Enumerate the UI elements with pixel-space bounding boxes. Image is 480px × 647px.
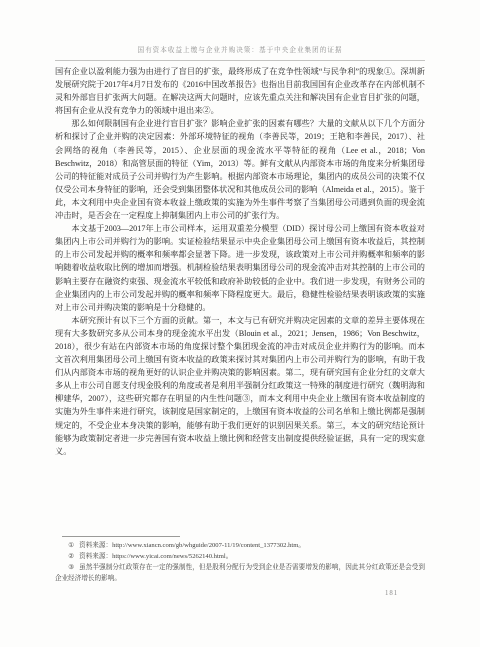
footnote: ②资料来源：https://www.yicai.com/news/5262140… xyxy=(55,551,425,562)
page-number: 181 xyxy=(385,590,398,597)
paragraph: 那么如何限制国有企业进行盲目扩张？影响企业扩张的因素有哪些？大量的文献从以下几个… xyxy=(55,117,425,222)
footnote: ①资料来源：http://www.xiancn.com/gb/whguide/2… xyxy=(55,540,425,551)
footnote: ③虽然半强制分红政策存在一定的强制性，但是股利分配行为受到企业是否需要增发的影响… xyxy=(55,562,425,584)
footnote-divider xyxy=(62,536,180,537)
document-page: 国有资本收益上缴与企业并购决策：基于中央企业集团的证据 国有企业以盈利能力强为由… xyxy=(0,0,480,647)
footnote-marker: ③ xyxy=(68,564,74,571)
footnote-text: 资料来源：http://www.xiancn.com/gb/whguide/20… xyxy=(79,542,305,549)
header-divider xyxy=(55,60,425,61)
footnote-text: 资料来源：https://www.yicai.com/news/5262140.… xyxy=(79,553,232,560)
paragraph: 本研究预计有以下三个方面的贡献。第一，本文与已有研究并购决定因素的文章的差异主要… xyxy=(55,314,425,458)
footnote-marker: ① xyxy=(68,542,74,549)
footnotes-section: ①资料来源：http://www.xiancn.com/gb/whguide/2… xyxy=(55,540,425,584)
paragraph: 本文基于2003—2017年上市公司样本，运用双重差分模型（DID）探讨母公司上… xyxy=(55,222,425,314)
footnote-text: 虽然半强制分红政策存在一定的强制性，但是股利分配行为受到企业是否需要增发的影响，… xyxy=(55,564,425,582)
paragraph-continuation: 国有企业以盈利能力强为由进行了盲目的扩张，最终形成了在竞争性领域“与民争利”的现… xyxy=(55,65,425,117)
footnote-marker: ② xyxy=(68,553,74,560)
article-body: 国有企业以盈利能力强为由进行了盲目的扩张，最终形成了在竞争性领域“与民争利”的现… xyxy=(55,65,425,458)
running-head-title: 国有资本收益上缴与企业并购决策：基于中央企业集团的证据 xyxy=(55,44,425,54)
